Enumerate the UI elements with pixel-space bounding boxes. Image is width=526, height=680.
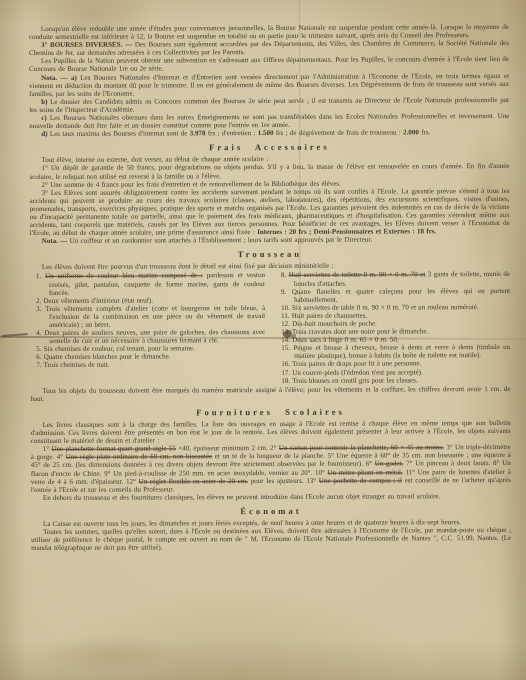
item-number: 10. xyxy=(281,304,290,312)
item-number: 1. xyxy=(36,272,41,280)
paragraph: Nota. — a) Les Bourses Nationales d'Inte… xyxy=(29,72,509,98)
item-text: Trois blouses en coutil gris pour les cl… xyxy=(292,376,417,385)
stain xyxy=(40,634,180,674)
item-number: 7. xyxy=(36,361,41,369)
item-number: 18. xyxy=(281,377,290,385)
item-number: 6. xyxy=(36,353,41,361)
trousseau-columns: 1. Un uniforme de couleur bleu marine co… xyxy=(30,270,510,385)
item-number: 3. xyxy=(36,305,41,313)
paragraph: Toutes les sommes, quelles qu'elles soie… xyxy=(31,526,511,552)
trousseau-item: 9. Quatre flanelles et quatre caleçons p… xyxy=(275,287,510,304)
item-number: 13. xyxy=(281,328,290,336)
item-number: 5. xyxy=(36,345,41,353)
section-heading-economat: Économat xyxy=(31,505,511,517)
trousseau-item: 7. Trois chemises de nuit. xyxy=(30,360,265,369)
item-text: Huit serviettes de toilette 0 m. 90 × 0 … xyxy=(289,270,510,287)
trousseau-item: 15. Peigne et brosse à cheveux, brosse à… xyxy=(275,343,510,360)
item-number: 16. xyxy=(281,360,290,368)
item-number: 9. xyxy=(281,288,286,296)
trousseau-item: 3. Trois vêtements complets d'atelier (c… xyxy=(30,304,265,329)
item-text: Trois cravates dont une noire pour le di… xyxy=(292,327,428,336)
trousseau-item: 8. Huit serviettes de toilette 0 m. 90 ×… xyxy=(275,270,510,287)
item-number: 17. xyxy=(281,368,290,376)
item-text: Deux paires de souliers neuves, une pair… xyxy=(44,328,265,345)
item-text: Un uniforme de couleur bleu marine compo… xyxy=(45,271,265,296)
item-text: Six serviettes de table 0 m. 90 × 0 m. 7… xyxy=(292,303,479,312)
item-number: 2. xyxy=(36,297,41,305)
item-text: Dix-huit mouchoirs de poche. xyxy=(292,320,377,328)
section-heading-frais-accessoires: Frais Accessoires xyxy=(29,141,509,153)
item-number: 14. xyxy=(281,336,290,344)
paragraph: d) Les taux maxima des Bourses d'interna… xyxy=(29,128,509,138)
document-page: Lorsqu'un élève redouble une année d'étu… xyxy=(0,0,526,680)
trousseau-right-column: 8. Huit serviettes de toilette 0 m. 90 ×… xyxy=(275,270,510,384)
item-text: Six chemises de couleur, col tenant, pou… xyxy=(44,345,195,354)
item-number: 15. xyxy=(281,344,290,352)
item-text: Trois vêtements complets d'atelier (cott… xyxy=(45,304,265,329)
item-number: 12. xyxy=(281,320,290,328)
trousseau-left-column: 1. Un uniforme de couleur bleu marine co… xyxy=(30,271,265,385)
paragraph: 1° Une planchette format quart grand-aig… xyxy=(31,443,511,494)
item-text: Trois chemises de nuit. xyxy=(44,361,110,369)
paragraph: En dehors du trousseau et des fourniture… xyxy=(31,492,511,502)
trousseau-note: Tous les objets du trousseau doivent êtr… xyxy=(30,385,510,403)
item-number: 4. xyxy=(36,329,41,337)
item-number: 8. xyxy=(281,271,286,279)
trousseau-item: 10. Six serviettes de table 0 m. 90 × 0 … xyxy=(275,303,510,312)
trousseau-item: 4. Deux paires de souliers neuves, une p… xyxy=(30,328,265,345)
paragraph: 3° Les Elèves sont assurés obligatoireme… xyxy=(30,187,510,238)
item-text: Huit paires de chaussettes. xyxy=(292,311,368,319)
item-text: Quatre chemises blanches pour le dimanch… xyxy=(44,353,171,362)
item-text: Quatre flanelles et quatre caleçons pour… xyxy=(292,287,510,304)
item-number: 11. xyxy=(281,312,290,320)
section-heading-fournitures-scolaires: Fournitures Scolaires xyxy=(31,406,511,418)
trousseau-item: 1. Un uniforme de couleur bleu marine co… xyxy=(30,271,265,296)
document-content: Lorsqu'un élève redouble une année d'étu… xyxy=(29,23,511,552)
trousseau-item: 18. Trois blouses en coutil gris pour le… xyxy=(275,376,510,385)
item-text: Peigne et brosse à cheveux, brosse à den… xyxy=(293,343,510,360)
paragraph: Nota. — Un coiffeur et un cordonnier son… xyxy=(30,235,510,245)
section-heading-trousseau: Trousseau xyxy=(30,248,510,260)
paragraph: Les livres classiques sont à la charge d… xyxy=(31,419,511,445)
